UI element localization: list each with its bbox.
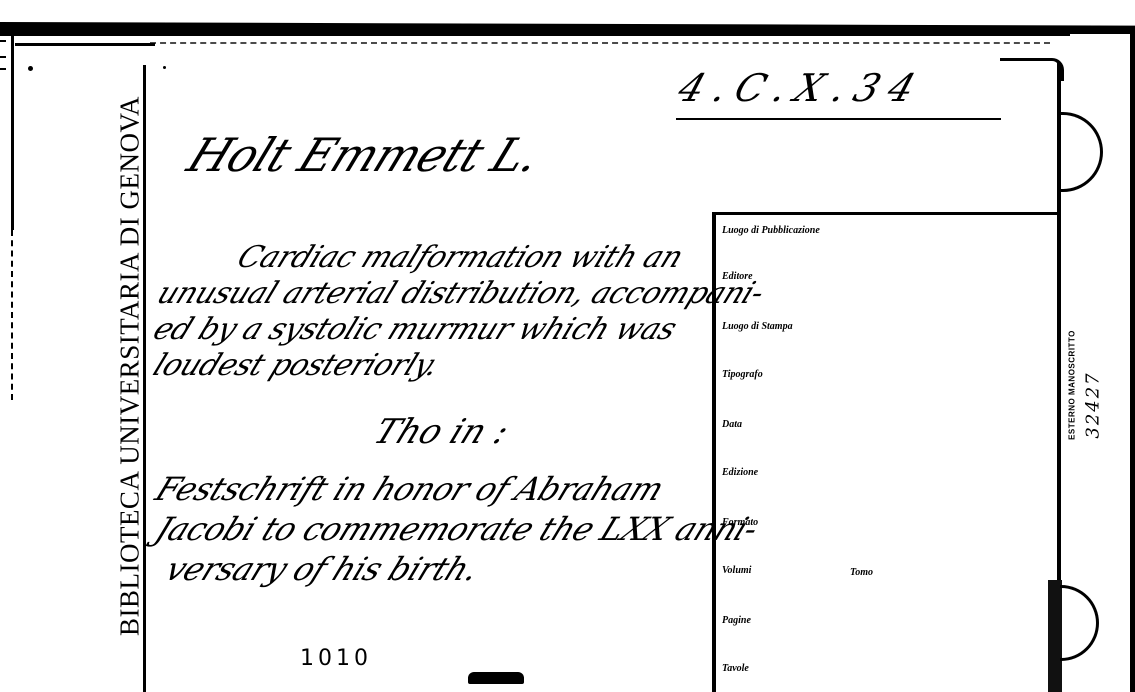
inventory-stamp: ESTERNO MANOSCRITTO [1068, 330, 1077, 440]
scan-top-rule [15, 43, 155, 46]
form-label-tipografo: Tipografo [722, 369, 763, 380]
author-heading: Holt Emmett L. [180, 128, 548, 182]
form-label-data: Data [722, 419, 742, 430]
form-label-volumi: Volumi [722, 565, 751, 576]
scan-speck [28, 66, 33, 71]
scan-left-margin-line [11, 30, 14, 230]
shelfmark: 4.C.X.34 [673, 66, 931, 110]
title-line: loudest posteriorly. [148, 348, 444, 383]
page-number: 1010 [300, 646, 372, 671]
stamp-rule [143, 65, 146, 692]
host-publication-line: Jacobi to commemorate the LXX anni- [150, 510, 764, 548]
form-label-edizione: Edizione [722, 467, 758, 478]
in-label: Tho in : [368, 412, 515, 452]
card-punch-hole-top [1060, 112, 1103, 192]
form-label-luogo-pubblicazione: Luogo di Pubblicazione [722, 225, 820, 236]
scan-left-tick [0, 68, 6, 70]
shelfmark-underline [676, 118, 1001, 120]
title-line: Cardiac malformation with an [232, 240, 688, 275]
inventory-number: 32427 [1083, 371, 1104, 438]
scan-top-dashed-rule [150, 42, 1050, 44]
catalogue-form: Luogo di Pubblicazione Editore Luogo di … [712, 212, 1061, 692]
form-label-tomo: Tomo [850, 567, 873, 578]
form-label-luogo-stampa: Luogo di Stampa [722, 321, 793, 332]
form-label-tavole: Tavole [722, 663, 749, 674]
host-publication-line: versary of his birth. [160, 550, 485, 588]
host-publication-line: Festschrift in honor of Abraham [150, 470, 669, 508]
bottom-smudge-mark [468, 672, 524, 684]
title-line: unusual arterial distribution, accompani… [152, 276, 769, 311]
card-corner [1000, 58, 1064, 81]
form-label-pagine: Pagine [722, 615, 751, 626]
title-line: ed by a systolic murmur which was [148, 312, 682, 347]
scan-left-margin-dashed [11, 230, 13, 400]
scan-right-edge [1130, 30, 1135, 692]
scan-left-tick [0, 40, 6, 42]
scan-top-border-inner [0, 30, 1070, 36]
scan-left-tick [0, 56, 6, 58]
form-label-formato: Formato [722, 517, 758, 528]
card-punch-hole-bottom [1060, 585, 1099, 661]
library-stamp: BIBLIOTECA UNIVERSITARIA DI GENOVA [115, 96, 146, 636]
form-label-editore: Editore [722, 271, 753, 282]
scan-speck [163, 66, 166, 69]
